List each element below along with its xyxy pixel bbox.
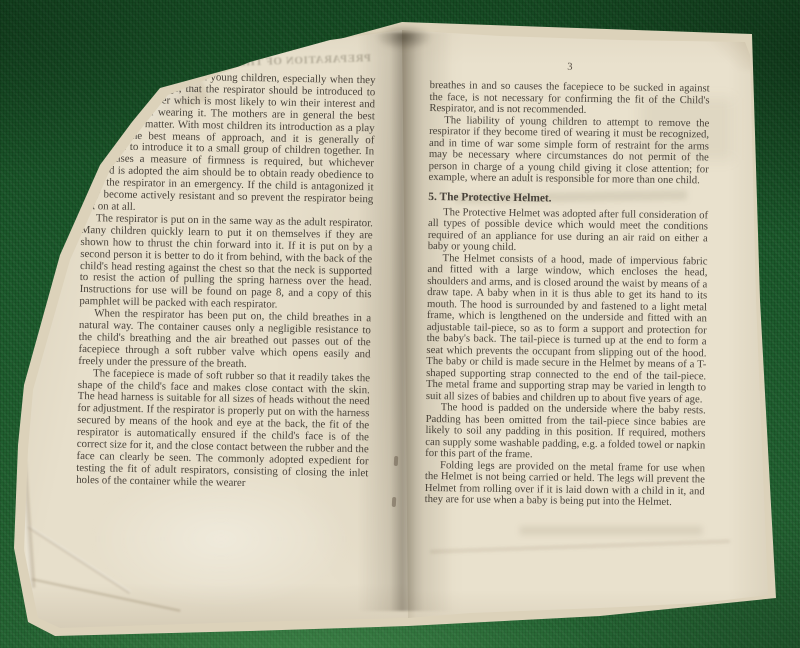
paragraph: The respirator is put on in the same way… [79,213,373,314]
page-number-right: 3 [430,60,710,74]
left-page-text: 2 It is very important with young childr… [76,50,376,492]
page-number-left: 2 [84,50,376,66]
staple-mark [392,497,397,507]
photo-background: PREPARATION OF THE ANTI-GAS PROTECTION 2… [0,0,800,648]
ghost-smudge [520,526,702,535]
crease-line [430,540,730,553]
section-heading: 5. The Protective Helmet. [428,190,708,206]
right-page-text: 3 breathes in and so causes the facepiec… [425,60,710,509]
paragraph: The liability of young children to attem… [428,114,709,186]
paragraph: The Protective Helmet was adopted after … [428,206,709,255]
paragraph: The Helmet consists of a hood, made of i… [426,252,708,405]
paragraph: The hood is padded on the underside wher… [425,402,706,463]
paragraph: breathes in and so causes the facepiece … [429,80,709,118]
paragraph: When the respirator has been put on, the… [78,308,371,373]
staple-mark [394,456,399,466]
paragraph: The facepiece is made of soft rubber so … [76,368,370,492]
paragraph: Folding legs are provided on the metal f… [425,459,706,508]
